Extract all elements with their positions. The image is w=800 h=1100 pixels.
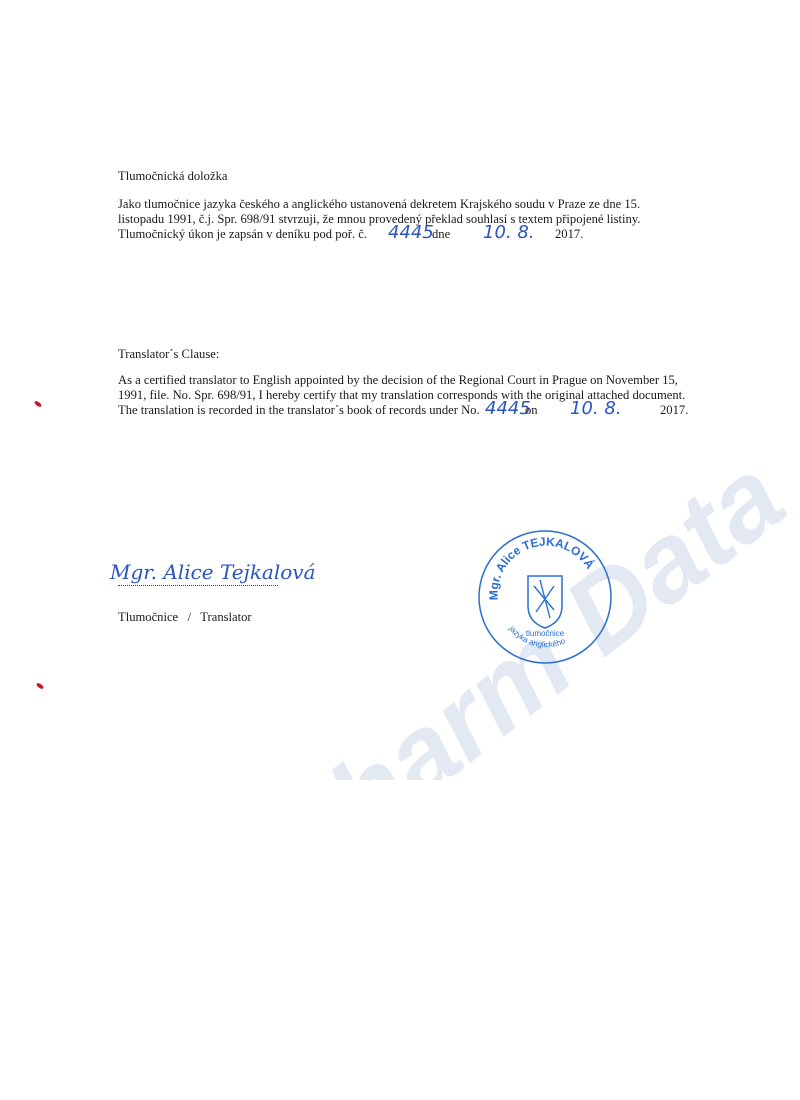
signature-label: Tlumočnice / Translator [118,610,252,625]
czech-year: 2017. [555,227,583,242]
watermark: Pharm Data s.r.o. [90,260,790,780]
czech-clause-title: Tlumočnická doložka [118,169,227,184]
english-record-number: 4445 [485,398,531,419]
czech-line-3: Tlumočnický úkon je zapsán v deníku pod … [118,227,367,242]
english-date: 10. 8. [570,398,622,419]
handwritten-signature: Mgr. Alice Tejkalová [110,560,316,584]
czech-line-2: listopadu 1991, č.j. Spr. 698/91 stvrzuj… [118,212,640,227]
red-mark [36,682,45,690]
czech-date: 10. 8. [483,222,535,243]
official-stamp: Mgr. Alice TEJKALOVÁ tlumočnice jazyka a… [476,528,614,666]
red-mark [34,400,43,408]
czech-dne-label: dne [432,227,450,242]
english-clause-title: Translator´s Clause: [118,347,219,362]
svg-text:Pharm Data s.r.o.: Pharm Data s.r.o. [248,260,790,780]
svg-text:tlumočnice: tlumočnice [526,629,565,638]
signature-line [118,585,278,586]
english-on-label: on [525,403,538,418]
english-year: 2017. [660,403,688,418]
czech-line-1: Jako tlumočnice jazyka českého a anglick… [118,197,640,212]
english-line-1: As a certified translator to English app… [118,373,678,388]
english-line-3: The translation is recorded in the trans… [118,403,480,418]
czech-record-number: 4445 [388,222,434,243]
